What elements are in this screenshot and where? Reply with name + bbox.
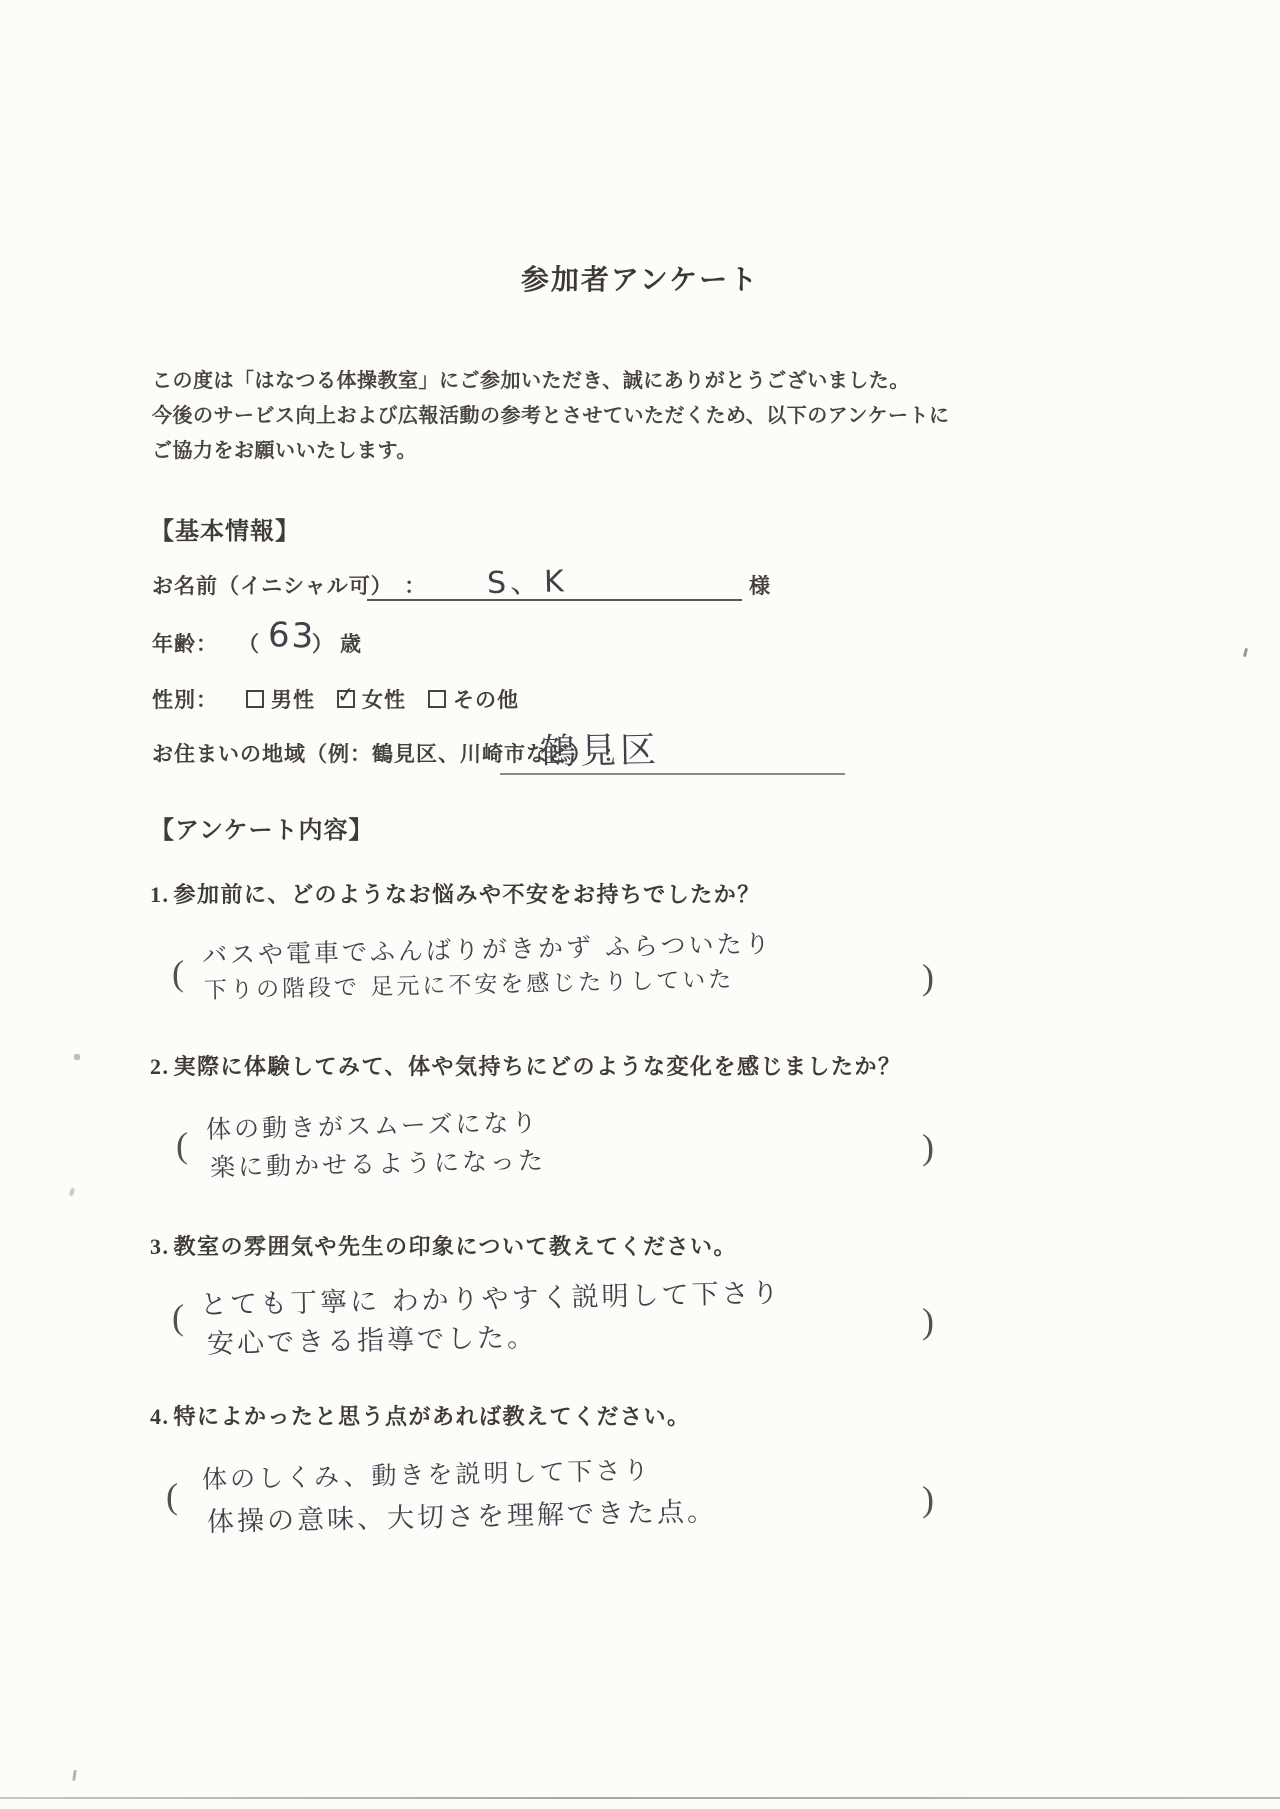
question-number: 4.	[150, 1404, 170, 1429]
intro-line-1: この度は「はなつる体操教室」にご参加いただき、誠にありがとうございました。	[152, 364, 910, 393]
question-text: 特によかったと思う点があれば教えてください。	[174, 1404, 691, 1429]
intro-line-3: ご協力をお願いいたします。	[152, 434, 417, 463]
age-handwritten-value: 63	[267, 615, 316, 657]
answer-2-line-2: 楽に動かせるようになった	[210, 1141, 547, 1184]
gender-option-male: 男性	[246, 684, 315, 714]
checkbox-tick: ✓	[336, 682, 357, 708]
answer-3-line-1: とても丁寧に わかりやすく説明して下さり	[200, 1271, 782, 1322]
checkbox-other	[428, 690, 446, 708]
gender-label: 性別：	[152, 684, 218, 714]
gender-option-other: その他	[428, 684, 519, 714]
answer-paren-open: (	[176, 1124, 188, 1166]
age-unit: 歳	[340, 628, 362, 658]
answer-3-line-2: 安心できる指導でした。	[207, 1315, 538, 1361]
checkbox-male	[246, 690, 264, 708]
answer-2-line-1: 体の動きがスムーズになり	[206, 1103, 540, 1146]
answer-paren-open: (	[172, 952, 184, 994]
scanned-survey-page: 参加者アンケート この度は「はなつる体操教室」にご参加いただき、誠にありがとうご…	[0, 0, 1280, 1809]
name-label: お名前（イニシャル可） ：	[152, 570, 426, 600]
area-handwritten-value: 鶴見区	[540, 722, 661, 775]
gender-option-other-label: その他	[453, 688, 519, 712]
answer-paren-close: )	[922, 1300, 934, 1342]
question-3: 3.教室の雰囲気や先生の印象について教えてください。	[150, 1230, 737, 1261]
question-number: 3.	[150, 1234, 170, 1259]
gender-option-male-label: 男性	[271, 688, 315, 712]
scan-speck	[1243, 648, 1248, 657]
answer-paren-open: (	[172, 1296, 184, 1338]
gender-option-female: ✓女性	[337, 684, 406, 714]
answer-paren-close: )	[922, 1478, 934, 1520]
age-label: 年齢：	[152, 628, 218, 658]
name-handwritten-value: S、K	[487, 556, 569, 602]
age-paren-close: ）	[312, 628, 334, 658]
question-4: 4.特によかったと思う点があれば教えてください。	[150, 1400, 691, 1431]
question-2: 2.実際に体験してみて、体や気持ちにどのような変化を感じましたか？	[150, 1050, 902, 1081]
scan-speck	[72, 1770, 77, 1781]
question-number: 1.	[150, 882, 170, 907]
basic-info-heading: 【基本情報】	[150, 511, 300, 546]
scan-speck	[74, 1054, 80, 1060]
intro-line-2: 今後のサービス向上および広報活動の参考とさせていただくため、以下のアンケートに	[152, 399, 950, 428]
question-1: 1.参加前に、どのようなお悩みや不安をお持ちでしたか？	[150, 878, 761, 909]
checkbox-female: ✓	[337, 690, 355, 708]
page-title: 参加者アンケート	[0, 258, 1280, 298]
gender-row: 性別： 男性 ✓女性 その他	[152, 684, 519, 714]
question-text: 実際に体験してみて、体や気持ちにどのような変化を感じましたか？	[174, 1054, 902, 1079]
scan-edge-line	[0, 1797, 1280, 1799]
question-text: 参加前に、どのようなお悩みや不安をお持ちでしたか？	[174, 882, 761, 907]
name-suffix: 様	[749, 570, 771, 600]
age-paren-open: （	[238, 628, 260, 658]
survey-heading: 【アンケート内容】	[150, 810, 374, 845]
gender-option-female-label: 女性	[362, 688, 406, 712]
answer-paren-close: )	[922, 956, 934, 998]
answer-paren-close: )	[922, 1126, 934, 1168]
answer-4-line-2: 体操の意味、大切さを理解できた点。	[207, 1489, 718, 1539]
question-number: 2.	[150, 1054, 170, 1079]
answer-4-line-1: 体のしくみ、動きを説明して下さり	[202, 1451, 652, 1496]
question-text: 教室の雰囲気や先生の印象について教えてください。	[174, 1234, 738, 1259]
scan-speck	[69, 1188, 75, 1197]
answer-paren-open: (	[166, 1475, 178, 1517]
